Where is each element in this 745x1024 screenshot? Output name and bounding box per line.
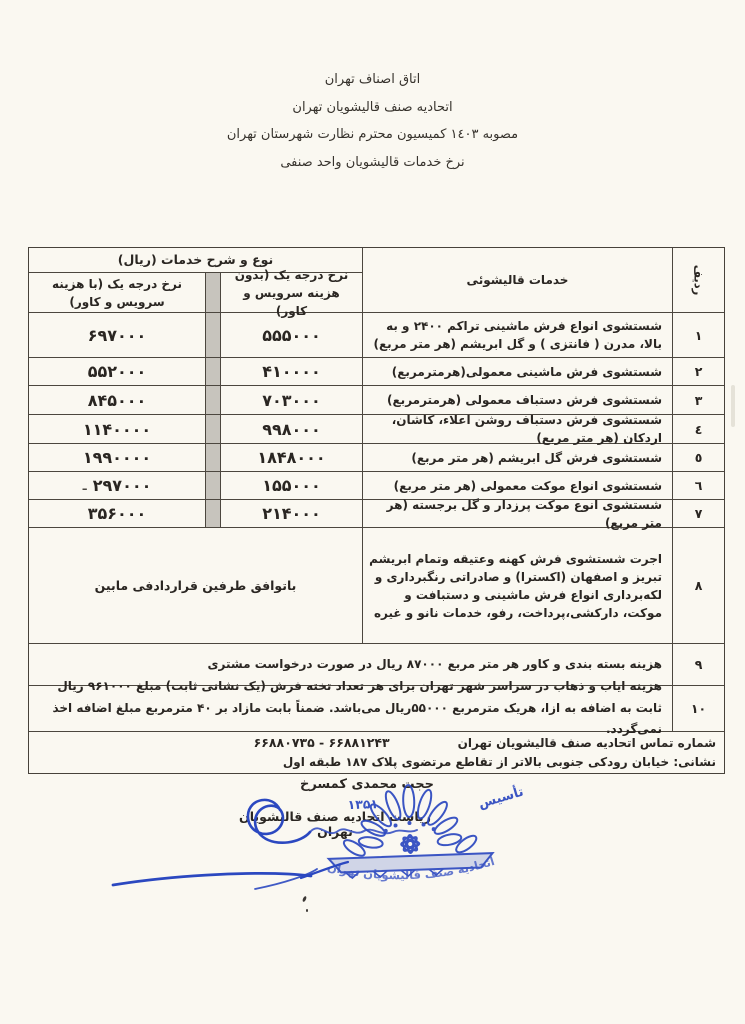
price-without-cover: ۹۹۸۰۰۰ — [220, 415, 362, 444]
ink-speck — [302, 896, 307, 903]
contact-phone-line: شماره تماس اتحادیه صنف قالیشویان تهران ۶… — [37, 733, 716, 753]
signature-scribble — [105, 792, 450, 897]
letterhead-line-3: مصوبه ١٤٠٣ کمیسیون محترم نظارت شهرستان ت… — [0, 121, 745, 149]
price-note-cell: باتوافق طرفین قراردادفی مابین — [29, 528, 362, 644]
price-with-cover: ۱۱۴۰۰۰۰ — [29, 415, 205, 444]
service-cell: شستشوی فرش گل ابریشم (هر متر مربع) — [362, 444, 672, 472]
gray-strip — [205, 386, 220, 415]
price-table: ردیف خدمات قالیشوئی نوع و شرح خدمات (ریا… — [28, 247, 725, 774]
row-number: ٩ — [672, 644, 724, 686]
price-with-cover: ۵۵۲۰۰۰ — [29, 358, 205, 386]
service-cell: اجرت شستشوی فرش کهنه وعتیقه وتمام ابریشم… — [362, 528, 672, 644]
service-cell: شستشوی انواع فرش ماشینی تراکم ۲۴۰۰ و به … — [362, 313, 672, 358]
gray-strip — [205, 313, 220, 358]
row-number: ٦ — [672, 472, 724, 500]
row-number: ٢ — [672, 358, 724, 386]
price-with-cover: ۲۹۷۰۰۰ ـ — [29, 472, 205, 500]
price-without-cover: ۵۵۵۰۰۰ — [220, 313, 362, 358]
gray-strip — [205, 358, 220, 386]
row-number: ٣ — [672, 386, 724, 415]
scan-smudge — [731, 385, 735, 427]
row-number: ١٠ — [672, 686, 724, 732]
contact-strip: شماره تماس اتحادیه صنف قالیشویان تهران ۶… — [29, 732, 724, 773]
address-line: نشانی: خیابان رودکی جنوبی بالاتر از تقاط… — [37, 753, 716, 772]
row-number: ٤ — [672, 415, 724, 444]
letterhead-line-2: اتحادیه صنف قالیشویان تهران — [0, 94, 745, 122]
service-cell: شستشوی انوع موکت پرزدار و گل برجسته (هر … — [362, 500, 672, 528]
letterhead: اتاق اصناف تهران اتحادیه صنف قالیشویان ت… — [0, 66, 745, 176]
transport-fee-cell: هزینه ایاب و ذهاب در سراسر شهر تهران برا… — [29, 686, 672, 732]
contact-label: شماره تماس اتحادیه صنف قالیشویان تهران — [458, 734, 716, 753]
price-without-cover: ۱۵۵۰۰۰ — [220, 472, 362, 500]
price-without-cover: ۱۸۴۸۰۰۰ — [220, 444, 362, 472]
gray-strip — [205, 273, 220, 313]
price-without-cover: ۷۰۳۰۰۰ — [220, 386, 362, 415]
row-number: ١ — [672, 313, 724, 358]
price-without-cover: ۴۱۰۰۰۰ — [220, 358, 362, 386]
letterhead-line-1: اتاق اصناف تهران — [0, 66, 745, 94]
price-with-cover: ۸۴۵۰۰۰ — [29, 386, 205, 415]
column-header-price-with-cover: نرخ درجه یک (با هزینه سرویس و کاور) — [29, 273, 205, 313]
price-with-cover: ۶۹۷۰۰۰ — [29, 313, 205, 358]
service-cell: شستشوی فرش دستباف روشن اعلاء، کاشان، ارد… — [362, 415, 672, 444]
row-number: ٥ — [672, 444, 724, 472]
price-with-cover: ۱۹۹۰۰۰۰ — [29, 444, 205, 472]
column-header-price-without-cover: نرخ درجه یک (بدون هزینه سرویس و کاور) — [220, 273, 362, 313]
price-with-cover: ۳۵۶۰۰۰ — [29, 500, 205, 528]
price-without-cover: ۲۱۴۰۰۰ — [220, 500, 362, 528]
service-cell: شستشوی فرش ماشینی معمولی(هرمترمربع) — [362, 358, 672, 386]
column-header-row-number: ردیف — [672, 248, 724, 313]
letterhead-line-4: نرخ خدمات قالیشویان واحد صنفی — [0, 149, 745, 177]
stray-pen-mark: ـ — [83, 479, 87, 493]
stamp-founded-label: تأسیس — [476, 783, 525, 812]
ink-speck — [306, 909, 308, 912]
row-number: ٧ — [672, 500, 724, 528]
gray-strip — [205, 472, 220, 500]
gray-strip — [205, 500, 220, 528]
phone-numbers: ۶۶۸۸۰۷۳۵ - ۶۶۸۸۱۲۴۳ — [254, 733, 390, 752]
scanned-price-list-page: { "colors":{"paper":"#faf8f1","ink":"#2a… — [0, 0, 745, 1024]
row-number: ٨ — [672, 528, 724, 644]
price-value: ۲۹۷۰۰۰ — [93, 476, 152, 495]
gray-strip — [205, 444, 220, 472]
column-header-services: خدمات قالیشوئی — [362, 248, 672, 313]
gray-strip — [205, 415, 220, 444]
